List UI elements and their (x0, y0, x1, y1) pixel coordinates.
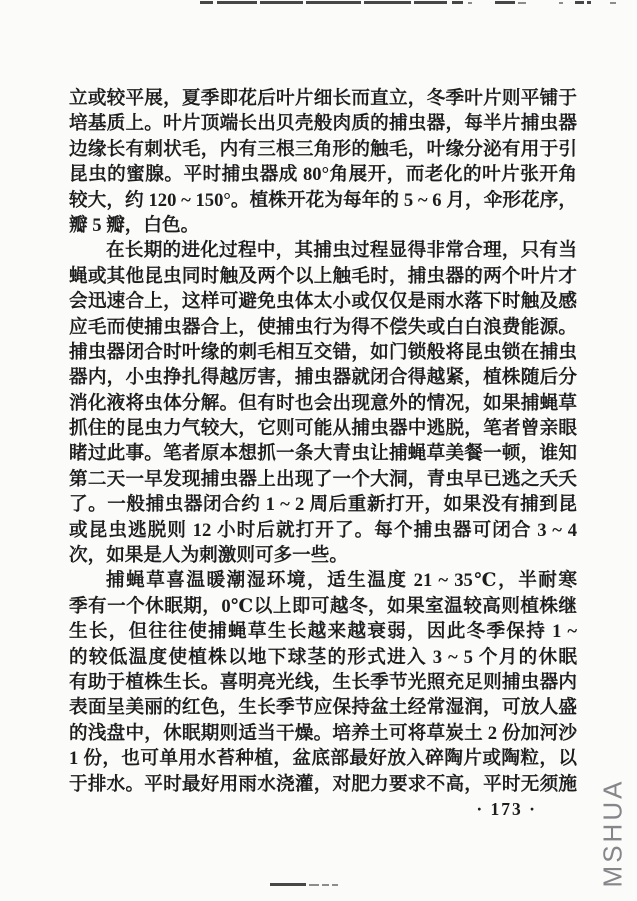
text-line: 捕虫器闭合时叶缘的刺毛相互交错，如门锁般将昆虫锁在捕虫 (69, 340, 577, 365)
text-line: 培基质上。叶片顶端长出贝壳般肉质的捕虫器，每半片捕虫器 (69, 111, 577, 136)
text-line: 有助于植株生长。喜明亮光线，生长季节光照充足则捕虫器内 (69, 670, 577, 695)
scan-artifact-dash (468, 2, 472, 4)
text-line: 会迅速合上，这样可避免虫体太小或仅仅是雨水落下时触及感 (69, 289, 577, 314)
text-line: 生长，但往往使捕蝇草生长越来越衰弱，因此冬季保持 1 ~ 10℃ (69, 619, 577, 644)
scan-artifact-dash (270, 883, 306, 886)
text-line: 次，如果是人为刺激则可多一些。 (69, 543, 577, 568)
scan-artifact-dash (610, 2, 616, 4)
text-line: 昆虫的蜜腺。平时捕虫器成 80°角展开，而老化的叶片张开角度 (69, 162, 577, 187)
text-line: 消化液将虫体分解。但有时也会出现意外的情况，如果捕蝇草 (69, 391, 577, 416)
scan-artifact-dash (217, 1, 257, 4)
scanned-book-page: 立或较平展，夏季即花后叶片细长而直立，冬季叶片则平铺于栽培基质上。叶片顶端长出贝… (0, 0, 637, 901)
scan-artifact-dash (414, 1, 447, 4)
text-line: 在长期的进化过程中，其捕虫过程显得非常合理，只有当苍 (69, 238, 577, 263)
text-line: 1 份，也可单用水苔种植，盆底部最好放入碎陶片或陶粒，以利 (69, 746, 577, 771)
text-line: 季有一个休眠期，0℃以上即可越冬，如果室温较高则植株继续 (69, 594, 577, 619)
scan-artifact-dash (322, 884, 329, 886)
scan-artifact-dash (559, 2, 563, 4)
text-line: 了。一般捕虫器闭合约 1 ~ 2 周后重新打开，如果没有捕到昆虫 (69, 492, 577, 517)
watermark-text: MSHUA (598, 779, 629, 888)
text-line: 瓣 5 瓣，白色。 (69, 213, 577, 238)
text-line: 边缘长有刺状毛，内有三根三角形的触毛，叶缘分泌有用于引诱 (69, 137, 577, 162)
text-line: 的较低温度使植株以地下球茎的形式进入 3 ~ 5 个月的休眠期， (69, 645, 577, 670)
scan-artifact-dash (518, 2, 526, 4)
scan-artifact-dash (495, 1, 515, 4)
text-line: 睹过此事。笔者原本想抓一条大青虫让捕蝇草美餐一顿，谁知 (69, 441, 577, 466)
text-line: 应毛而使捕虫器合上，使捕虫行为得不偿失或白白浪费能源。 (69, 315, 577, 340)
text-line: 于排水。平时最好用雨水浇灌，对肥力要求不高，平时无须施 (69, 772, 577, 797)
scan-artifact-dash (260, 1, 303, 4)
page-text: 立或较平展，夏季即花后叶片细长而直立，冬季叶片则平铺于栽培基质上。叶片顶端长出贝… (69, 86, 577, 797)
text-line: 第二天一早发现捕虫器上出现了一个大洞，青虫早已逃之夭夭 (69, 467, 577, 492)
scan-artifact-dash (332, 884, 338, 886)
scan-artifact-dash (200, 1, 213, 4)
scan-artifact-dash (309, 884, 319, 886)
text-line: 立或较平展，夏季即花后叶片细长而直立，冬季叶片则平铺于栽 (69, 86, 577, 111)
scan-artifact-dash (587, 1, 591, 4)
scan-artifact-dash (575, 1, 584, 4)
text-line: 器内，小虫挣扎得越厉害，捕虫器就闭合得越紧，植株随后分泌 (69, 365, 577, 390)
scan-artifact-dash (452, 1, 463, 4)
text-line: 蝇或其他昆虫同时触及两个以上触毛时，捕虫器的两个叶片才 (69, 264, 577, 289)
scan-artifact-dash (364, 1, 411, 4)
text-line: 或昆虫逃脱则 12 小时后就打开了。每个捕虫器可闭合 3 ~ 4 (69, 518, 577, 543)
scan-artifact-dash (306, 1, 361, 4)
text-line: 的浅盘中，休眠期则适当干燥。培养土可将草炭土 2 份加河沙 (69, 721, 577, 746)
text-line: 表面呈美丽的红色，生长季节应保持盆土经常湿润，可放人盛水 (69, 695, 577, 720)
page-number: · 173 · (69, 799, 537, 820)
text-line: 较大，约 120 ~ 150°。植株开花为每年的 5 ~ 6 月，伞形花序，花 (69, 188, 577, 213)
text-line: 捕蝇草喜温暖潮湿环境，适生温度 21 ~ 35℃，半耐寒性，冬 (69, 568, 577, 593)
text-line: 抓住的昆虫力气较大，它则可能从捕虫器中逃脱，笔者曾亲眼目 (69, 416, 577, 441)
